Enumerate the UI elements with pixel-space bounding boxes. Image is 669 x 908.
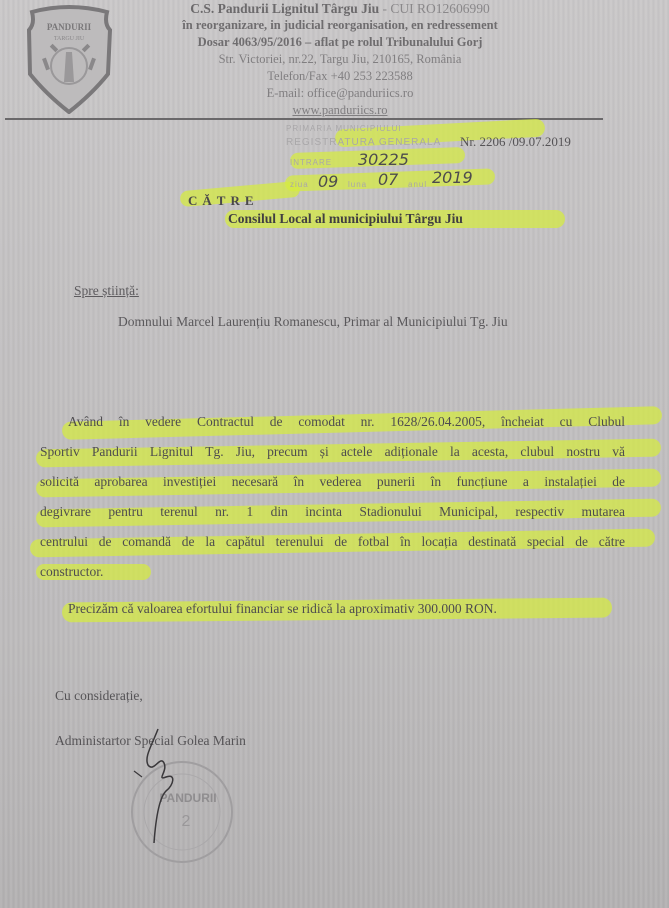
entry-number: 30225 bbox=[358, 150, 409, 169]
salutation: Cu considerație, bbox=[55, 688, 143, 704]
body-line-5: centrului de comandă de la capătul teren… bbox=[40, 534, 625, 550]
website-link[interactable]: www.panduriics.ro bbox=[140, 102, 540, 119]
cc-label: Spre știință: bbox=[74, 283, 139, 299]
document-number: Nr. 2206 /09.07.2019 bbox=[460, 134, 571, 150]
letterhead: C.S. Pandurii Lignitul Târgu Jiu - CUI R… bbox=[140, 0, 540, 119]
recipient-name: Consilul Local al municipiului Târgu Jiu bbox=[228, 211, 463, 227]
signature-icon bbox=[130, 725, 200, 845]
club-crest-icon: PANDURII TARGU JIU bbox=[22, 4, 117, 114]
stamp-year-label: anul bbox=[408, 180, 427, 189]
svg-text:PANDURII: PANDURII bbox=[47, 22, 92, 32]
body-line-2: Sportiv Pandurii Lignitul Tg. Jiu, precu… bbox=[40, 444, 625, 460]
stamp-label-1: PRIMARIA MUNICIPIULUI bbox=[286, 124, 402, 133]
stamp-label-3: INTRARE bbox=[290, 158, 332, 167]
cui-code: - CUI RO12606990 bbox=[379, 1, 490, 16]
phone: Telefon/Fax +40 253 223588 bbox=[140, 68, 540, 85]
financial-value-paragraph: Precizăm că valoarea efortului financiar… bbox=[68, 601, 653, 617]
club-name: C.S. Pandurii Lignitul Târgu Jiu bbox=[190, 1, 379, 16]
reorganisation-status: în reorganizare, in judicial reorganisat… bbox=[140, 17, 540, 34]
entry-day: 09 bbox=[318, 172, 338, 191]
stamp-label-2: REGISTRATURA GENERALA bbox=[286, 137, 441, 148]
body-line-1: Având în vedere Contractul de comodat nr… bbox=[68, 414, 625, 430]
body-line-3: solicită aprobarea investiției necesară … bbox=[40, 474, 625, 490]
case-file: Dosar 4063/95/2016 – aflat pe rolul Trib… bbox=[140, 34, 540, 51]
entry-year: 2019 bbox=[432, 168, 473, 187]
email: E-mail: office@panduriics.ro bbox=[140, 85, 540, 102]
svg-text:TARGU JIU: TARGU JIU bbox=[54, 36, 85, 42]
cc-recipient: Domnului Marcel Laurențiu Romanescu, Pri… bbox=[118, 314, 508, 330]
body-line-6: constructor. bbox=[40, 564, 625, 580]
address: Str. Victoriei, nr.22, Targu Jiu, 210165… bbox=[140, 51, 540, 68]
scanned-letter-page: PANDURII TARGU JIU C.S. Pandurii Lignitu… bbox=[0, 0, 669, 908]
stamp-day-label: ziua bbox=[290, 180, 309, 189]
entry-month: 07 bbox=[378, 170, 398, 189]
to-label: CĂTRE bbox=[188, 193, 259, 209]
body-line-4: degivrare pentru terenul nr. 1 din incin… bbox=[40, 504, 625, 520]
stamp-month-label: luna bbox=[348, 180, 367, 189]
